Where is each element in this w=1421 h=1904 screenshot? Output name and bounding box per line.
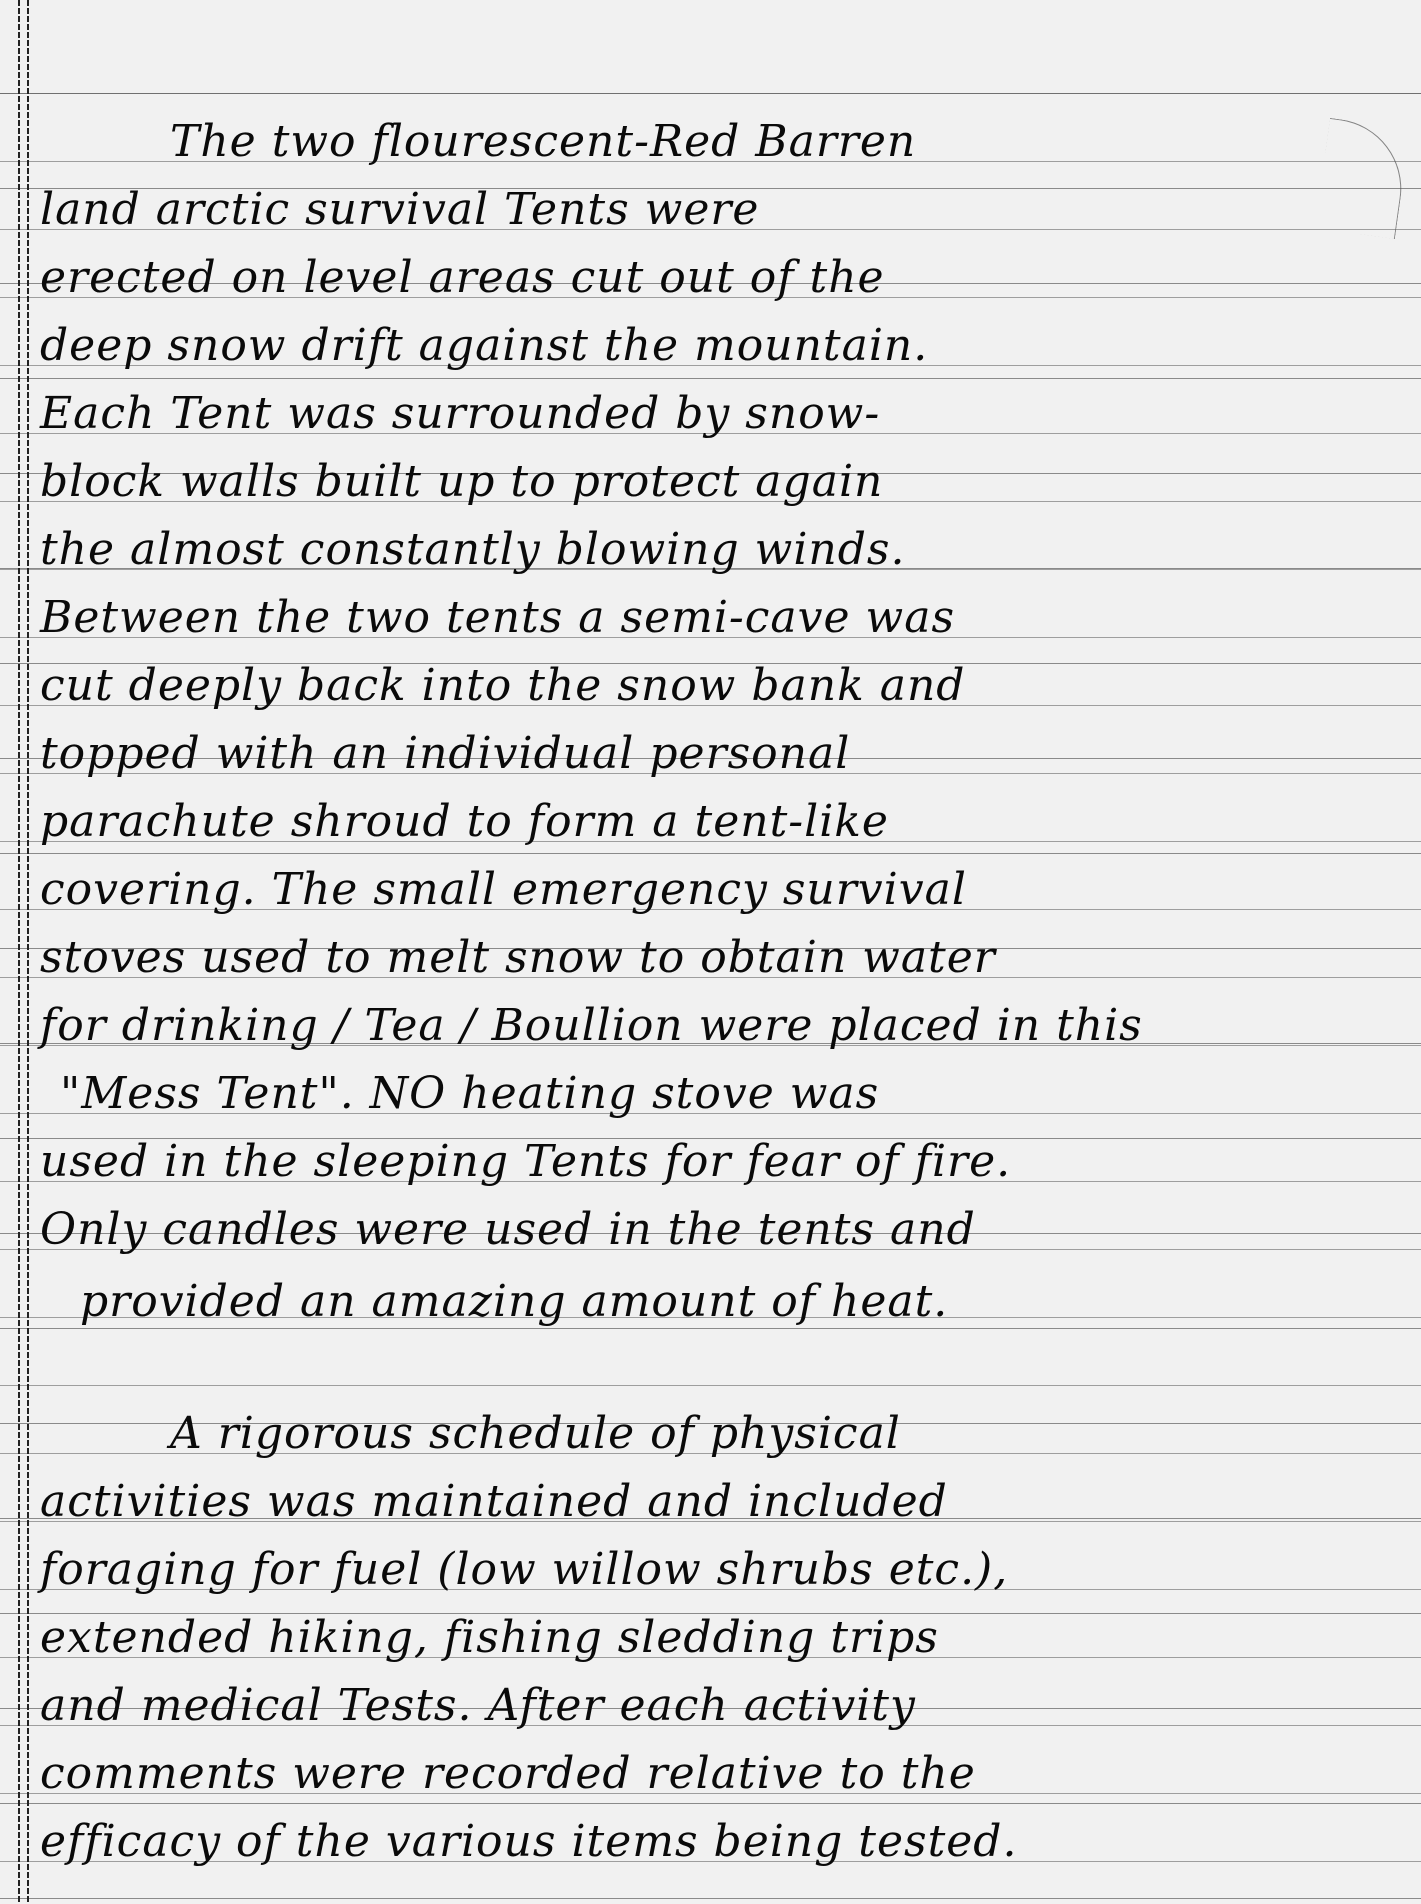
text-line: extended hiking, fishing sledding trips — [40, 1604, 939, 1672]
notebook-page: The two flourescent-Red Barren land arct… — [0, 0, 1421, 1904]
margin-line-inner — [27, 0, 29, 1904]
text-line: erected on level areas cut out of the — [40, 244, 885, 312]
text-line: cut deeply back into the snow bank and — [40, 652, 965, 720]
text-line: efficacy of the various items being test… — [40, 1808, 1017, 1876]
text-line: the almost constantly blowing winds. — [40, 516, 905, 584]
text-line: A rigorous schedule of physical — [40, 1400, 901, 1468]
text-line: parachute shroud to form a tent-like — [40, 788, 889, 856]
text-line: block walls built up to protect again — [40, 448, 883, 516]
text-line: used in the sleeping Tents for fear of f… — [40, 1128, 1011, 1196]
text-line: deep snow drift against the mountain. — [40, 312, 928, 380]
text-line: land arctic survival Tents were — [40, 176, 759, 244]
text-line: Between the two tents a semi-cave was — [40, 584, 955, 652]
text-line: and medical Tests. After each activity — [40, 1672, 916, 1740]
text-line: Each Tent was surrounded by snow- — [40, 380, 880, 448]
text-line: "Mess Tent". NO heating stove was — [40, 1060, 879, 1128]
text-line: topped with an individual personal — [40, 720, 850, 788]
text-line: for drinking / Tea / Boullion were place… — [40, 992, 1143, 1060]
text-line: comments were recorded relative to the — [40, 1740, 976, 1808]
text-line: activities was maintained and included — [40, 1468, 948, 1536]
text-line: Only candles were used in the tents and — [40, 1196, 976, 1264]
text-line: stoves used to melt snow to obtain water — [40, 924, 996, 992]
margin-line-outer — [18, 0, 20, 1904]
text-line: provided an amazing amount of heat. — [40, 1268, 948, 1336]
text-line: foraging for fuel (low willow shrubs etc… — [40, 1536, 1008, 1604]
text-line: The two flourescent-Red Barren — [40, 108, 916, 176]
text-line: covering. The small emergency survival — [40, 856, 967, 924]
